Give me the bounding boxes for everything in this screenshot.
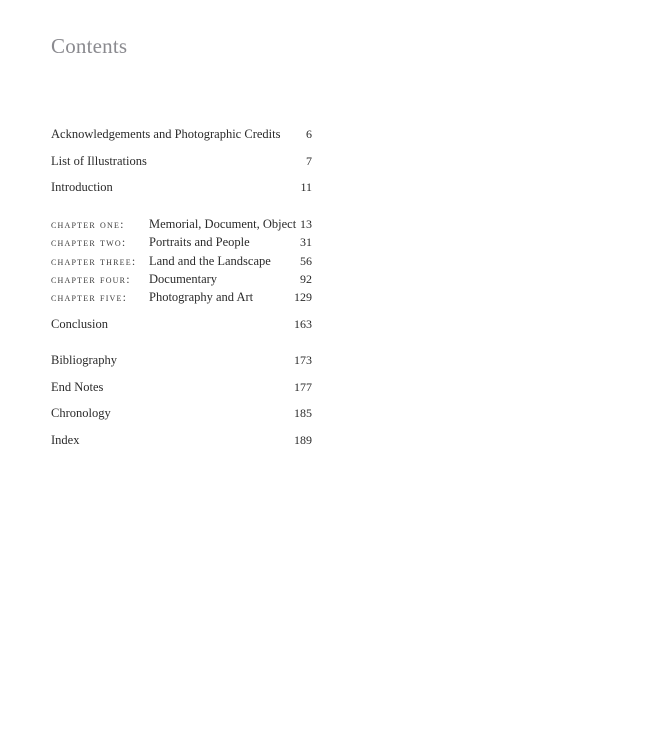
toc-chapter-four: Chapter Four: Documentary 92 — [51, 270, 312, 288]
chapter-page: 92 — [300, 270, 312, 288]
chapter-page: 129 — [294, 288, 312, 306]
toc-entry-page: 177 — [294, 378, 312, 396]
toc-entry-index: Index 189 — [51, 431, 312, 449]
toc-entry-title: Index — [51, 431, 79, 449]
toc-entry-title: Introduction — [51, 178, 113, 196]
toc-entry-page: 189 — [294, 431, 312, 449]
toc-entry-title: Chronology — [51, 404, 111, 422]
toc-entry-page: 6 — [306, 125, 312, 143]
toc-entry-list-of-illustrations: List of Illustrations 7 — [51, 152, 312, 170]
page-title: Contents — [51, 34, 127, 59]
chapter-page: 31 — [300, 233, 312, 251]
chapter-label: Chapter Three: — [51, 252, 136, 270]
toc-entry-page: 7 — [306, 152, 312, 170]
toc-entry-acknowledgements: Acknowledgements and Photographic Credit… — [51, 125, 312, 143]
toc-entry-title: End Notes — [51, 378, 103, 396]
toc-entry-bibliography: Bibliography 173 — [51, 351, 312, 369]
toc-entry-conclusion: Conclusion 163 — [51, 315, 312, 333]
chapter-label: Chapter Two: — [51, 233, 126, 251]
toc-entry-page: 163 — [294, 315, 312, 333]
toc-chapter-two: Chapter Two: Portraits and People 31 — [51, 233, 312, 251]
chapter-page: 56 — [300, 252, 312, 270]
toc-entry-page: 173 — [294, 351, 312, 369]
toc-entry-title: Acknowledgements and Photographic Credit… — [51, 125, 280, 143]
toc-chapter-five: Chapter Five: Photography and Art 129 — [51, 288, 312, 306]
chapter-title: Portraits and People — [149, 233, 250, 251]
chapter-label: Chapter Four: — [51, 270, 131, 288]
toc-entry-title: Bibliography — [51, 351, 117, 369]
chapter-title: Land and the Landscape — [149, 252, 271, 270]
toc-entry-page: 11 — [300, 178, 312, 196]
toc-entry-title: List of Illustrations — [51, 152, 147, 170]
toc-entry-end-notes: End Notes 177 — [51, 378, 312, 396]
toc-entry-title: Conclusion — [51, 315, 108, 333]
chapter-title: Photography and Art — [149, 288, 253, 306]
chapter-title: Documentary — [149, 270, 217, 288]
toc-entry-introduction: Introduction 11 — [51, 178, 312, 196]
chapter-page: 13 — [300, 215, 312, 233]
toc-entry-chronology: Chronology 185 — [51, 404, 312, 422]
chapter-title: Memorial, Document, Object — [149, 215, 296, 233]
chapter-label: Chapter One: — [51, 215, 125, 233]
toc-chapter-one: Chapter One: Memorial, Document, Object … — [51, 215, 312, 233]
chapter-label: Chapter Five: — [51, 288, 127, 306]
toc-entry-page: 185 — [294, 404, 312, 422]
toc-chapter-three: Chapter Three: Land and the Landscape 56 — [51, 252, 312, 270]
